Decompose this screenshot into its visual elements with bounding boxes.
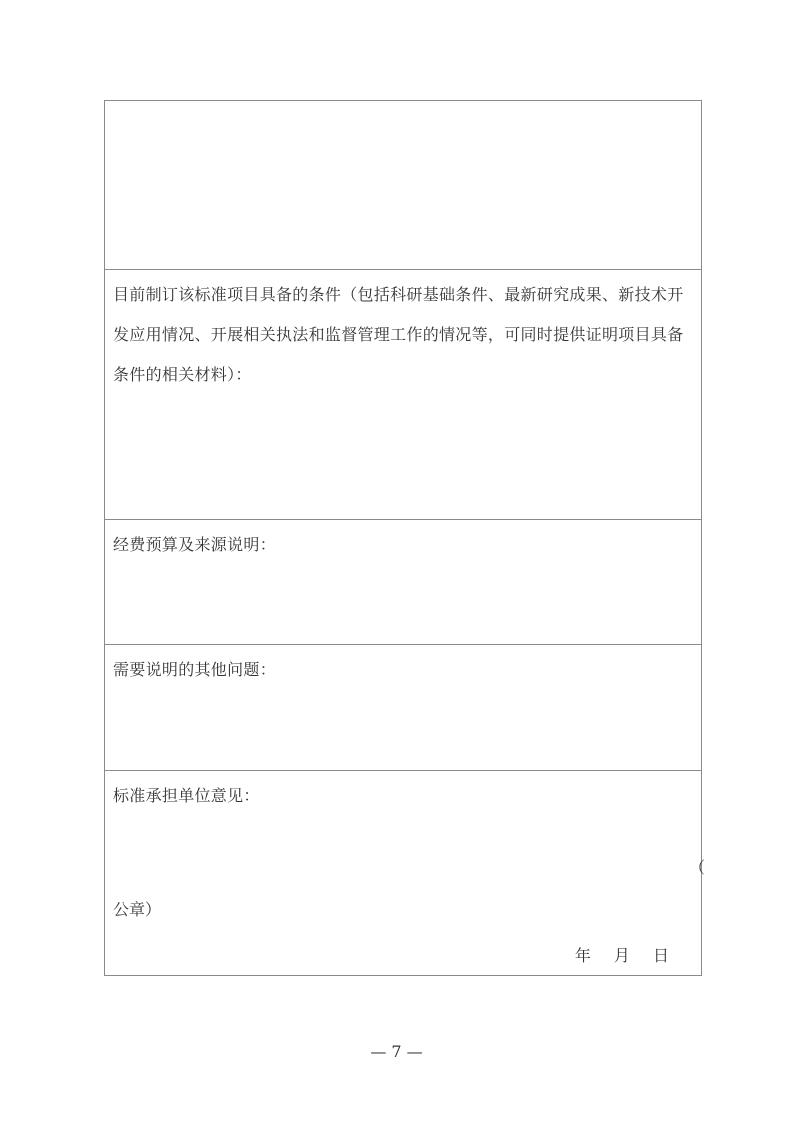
budget-label: 经费预算及来源说明： xyxy=(113,525,693,565)
page-number: — 7 — xyxy=(0,1042,793,1061)
unit-opinion-label: 标准承担单位意见： xyxy=(113,776,693,816)
form-row-unit-opinion: 标准承担单位意见： （ 公章） 年 月 日 xyxy=(105,770,701,978)
seal-paren-open: （ xyxy=(689,855,705,878)
form-row-budget: 经费预算及来源说明： xyxy=(105,519,701,645)
date-label: 年 月 日 xyxy=(575,943,671,966)
form-row-continued xyxy=(105,101,701,269)
form-row-conditions: 目前制订该标准项目具备的条件（包括科研基础条件、最新研究成果、新技术开发应用情况… xyxy=(105,269,701,520)
form-row-other-issues: 需要说明的其他问题： xyxy=(105,644,701,771)
conditions-label: 目前制订该标准项目具备的条件（包括科研基础条件、最新研究成果、新技术开发应用情况… xyxy=(113,275,693,395)
seal-label: 公章） xyxy=(113,897,161,920)
form-table: 目前制订该标准项目具备的条件（包括科研基础条件、最新研究成果、新技术开发应用情况… xyxy=(104,100,702,976)
other-issues-label: 需要说明的其他问题： xyxy=(113,650,693,690)
